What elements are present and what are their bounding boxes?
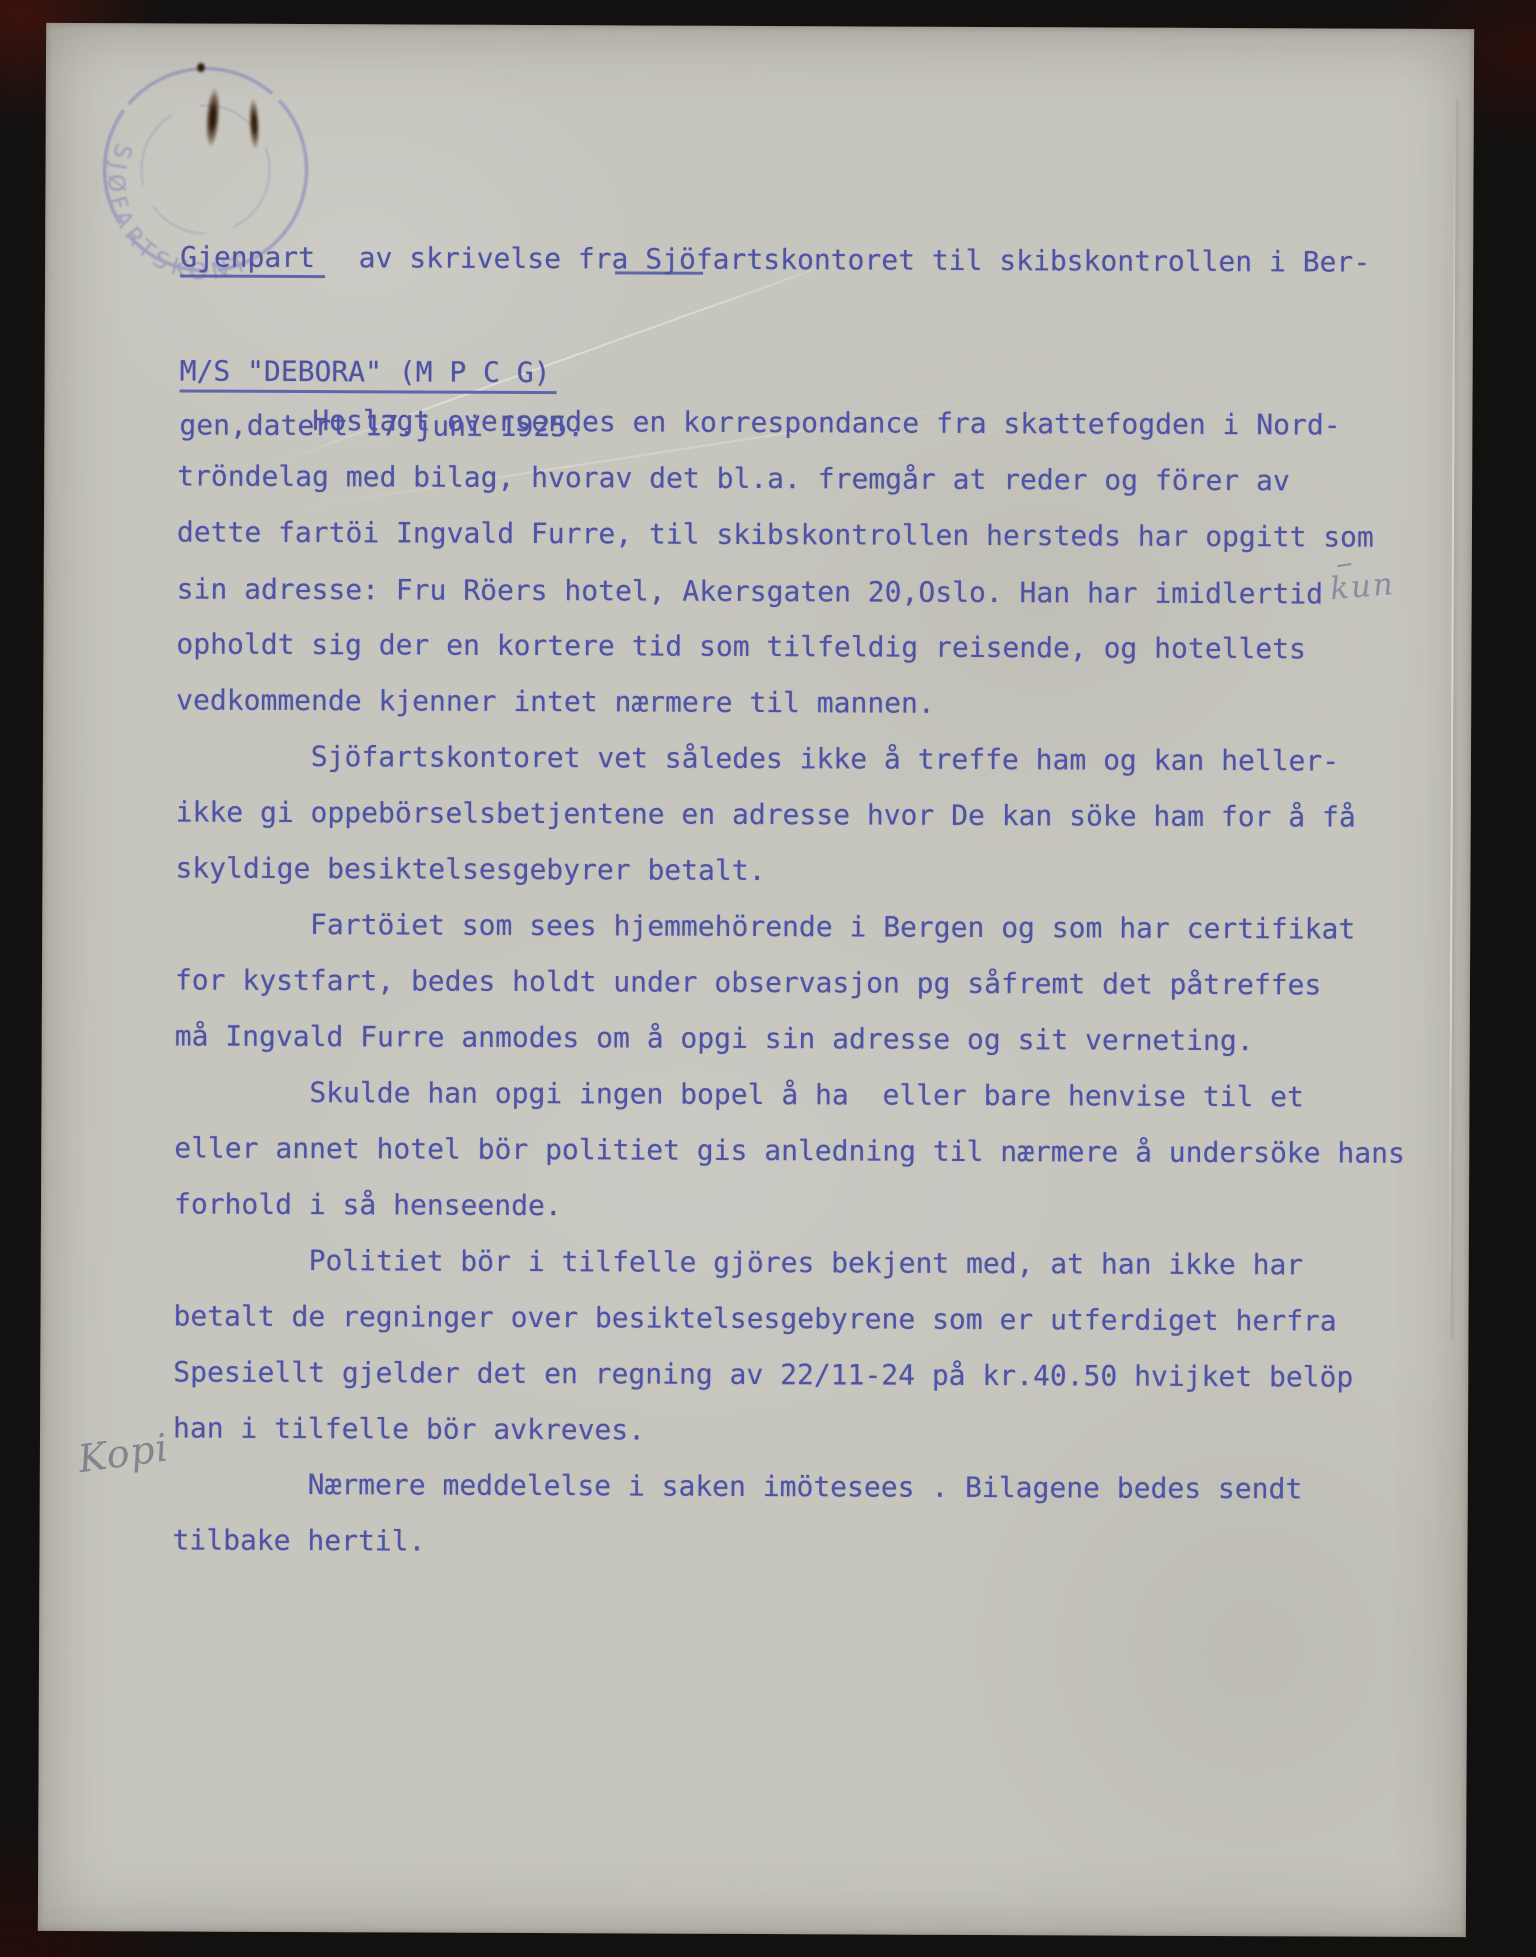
body-line: Skulde han opgi ingen bopel å ha eller b… (174, 1064, 1405, 1125)
body-line: Sjöfartskontoret vet således ikke å tref… (176, 728, 1407, 789)
document-body: Hoslagt oversendes en korrespondance fra… (172, 392, 1408, 1573)
body-line: forhold i så henseende. (174, 1176, 1405, 1237)
body-line: sin adresse: Fru Röers hotel, Akersgaten… (177, 560, 1408, 621)
body-line: Fartöiet som sees hjemmehörende i Bergen… (175, 896, 1406, 957)
ink-stain (196, 62, 206, 74)
handwritten-footer-mark: Kopi (75, 1425, 171, 1481)
section-divider (615, 271, 703, 274)
scan-background: { "document": { "header": { "underlined_… (0, 0, 1536, 1957)
body-line: for kystfart, bedes holdt under observas… (175, 952, 1406, 1013)
header-line-1: Gjenpart av skrivelse fra Sjöfartskontor… (180, 229, 1370, 290)
body-line: vedkommende kjenner intet nærmere til ma… (176, 672, 1407, 733)
body-line: tilbake hertil. (172, 1512, 1403, 1573)
body-line: Nærmere meddelelse i saken imötesees . B… (173, 1456, 1404, 1517)
document-paper: SJØFARTSKONTORET Gjenpart av skrivelse f… (38, 23, 1474, 1937)
header-line-1-rest: av skrivelse fra Sjöfartskontoret til sk… (325, 241, 1370, 279)
document-type-label: Gjenpart (180, 240, 325, 278)
body-line: tröndelag med bilag, hvorav det bl.a. fr… (177, 448, 1408, 509)
vessel-title-text: M/S "DEBORA" (M P C G) (180, 354, 557, 394)
handwritten-annotation: kun (1328, 556, 1397, 617)
vessel-title: M/S "DEBORA" (M P C G) (180, 353, 557, 391)
body-line: skyldige besiktelsesgebyrer betalt. (175, 840, 1406, 901)
body-line: opholdt sig der en kortere tid som tilfe… (176, 616, 1407, 677)
body-line: må Ingvald Furre anmodes om å opgi sin a… (175, 1008, 1406, 1069)
body-line: betalt de regninger over besiktelsesgeby… (173, 1288, 1404, 1349)
body-line: Spesiellt gjelder det en regning av 22/1… (173, 1344, 1404, 1405)
body-line: ikke gi oppebörselsbetjentene en adresse… (176, 784, 1407, 845)
body-line: Politiet bör i tilfelle gjöres bekjent m… (174, 1232, 1405, 1293)
body-line: Hoslagt oversendes en korrespondance fra… (177, 392, 1408, 453)
body-line: dette fartöi Ingvald Furre, til skibskon… (177, 504, 1408, 565)
body-line: eller annet hotel bör politiet gis anled… (174, 1120, 1405, 1181)
body-line: han i tilfelle bör avkreves. (173, 1400, 1404, 1461)
paper-fold-edge (1448, 99, 1455, 1339)
